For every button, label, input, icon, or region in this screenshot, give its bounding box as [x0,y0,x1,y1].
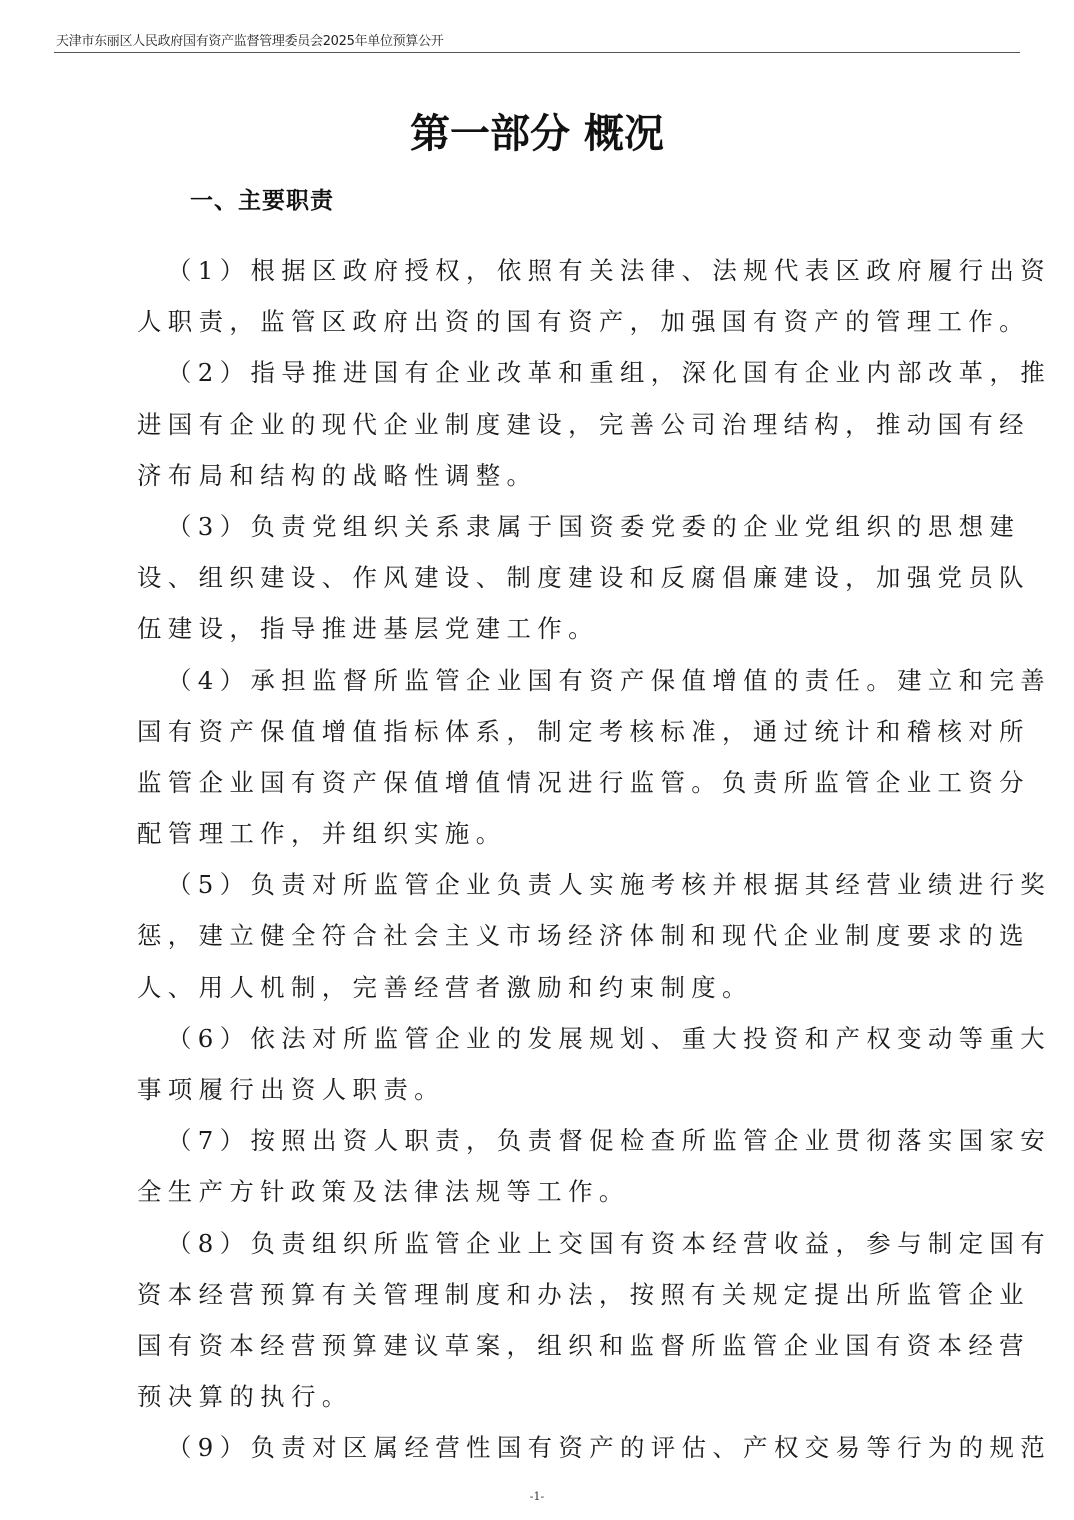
paragraph-line: （5）负责对所监管企业负责人实施考核并根据其经营业绩进行奖 [137,859,942,910]
section-heading: 一、主要职责 [190,182,334,215]
paragraph-line: （6）依法对所监管企业的发展规划、重大投资和产权变动等重大 [137,1013,942,1064]
paragraph-2: （2）指导推进国有企业改革和重组，深化国有企业内部改革，推 进国有企业的现代企业… [137,347,942,501]
paragraph-7: （7）按照出资人职责，负责督促检查所监管企业贯彻落实国家安 全生产方针政策及法律… [137,1115,942,1217]
paragraph-1: （1）根据区政府授权，依照有关法律、法规代表区政府履行出资 人职责，监管区政府出… [137,245,942,347]
paragraph-line: 配管理工作，并组织实施。 [137,808,942,859]
paragraph-line: （1）根据区政府授权，依照有关法律、法规代表区政府履行出资 [137,245,942,296]
paragraph-line: 监管企业国有资产保值增值情况进行监管。负责所监管企业工资分 [137,757,942,808]
paragraph-line: （9）负责对区属经营性国有资产的评估、产权交易等行为的规范 [137,1422,942,1473]
running-header-title: 天津市东丽区人民政府国有资产监督管理委员会2025年单位预算公开 [56,30,444,49]
paragraph-9: （9）负责对区属经营性国有资产的评估、产权交易等行为的规范 [137,1422,942,1473]
paragraph-6: （6）依法对所监管企业的发展规划、重大投资和产权变动等重大 事项履行出资人职责。 [137,1013,942,1115]
paragraph-line: （4）承担监督所监管企业国有资产保值增值的责任。建立和完善 [137,655,942,706]
paragraph-line: 全生产方针政策及法律法规等工作。 [137,1166,942,1217]
paragraph-line: 惩，建立健全符合社会主义市场经济体制和现代企业制度要求的选 [137,910,942,961]
paragraph-line: （8）负责组织所监管企业上交国有资本经营收益，参与制定国有 [137,1218,942,1269]
paragraph-line: 预决算的执行。 [137,1371,942,1422]
paragraph-line: 伍建设，指导推进基层党建工作。 [137,603,942,654]
paragraph-4: （4）承担监督所监管企业国有资产保值增值的责任。建立和完善 国有资产保值增值指标… [137,655,942,860]
running-header: 天津市东丽区人民政府国有资产监督管理委员会2025年单位预算公开 [54,22,1020,53]
paragraph-line: （3）负责党组织关系隶属于国资委党委的企业党组织的思想建 [137,501,942,552]
paragraph-line: 济布局和结构的战略性调整。 [137,450,942,501]
document-title: 第一部分 概况 [0,102,1074,159]
paragraph-5: （5）负责对所监管企业负责人实施考核并根据其经营业绩进行奖 惩，建立健全符合社会… [137,859,942,1013]
paragraph-line: 人职责，监管区政府出资的国有资产，加强国有资产的管理工作。 [137,296,942,347]
paragraph-line: 国有资产保值增值指标体系，制定考核标准，通过统计和稽核对所 [137,706,942,757]
paragraph-line: 国有资本经营预算建议草案，组织和监督所监管企业国有资本经营 [137,1320,942,1371]
paragraph-8: （8）负责组织所监管企业上交国有资本经营收益，参与制定国有 资本经营预算有关管理… [137,1218,942,1423]
paragraph-line: 进国有企业的现代企业制度建设，完善公司治理结构，推动国有经 [137,399,942,450]
paragraph-line: （7）按照出资人职责，负责督促检查所监管企业贯彻落实国家安 [137,1115,942,1166]
paragraph-line: 人、用人机制，完善经营者激励和约束制度。 [137,962,942,1013]
paragraph-line: 事项履行出资人职责。 [137,1064,942,1115]
paragraph-line: 资本经营预算有关管理制度和办法，按照有关规定提出所监管企业 [137,1269,942,1320]
paragraph-line: 设、组织建设、作风建设、制度建设和反腐倡廉建设，加强党员队 [137,552,942,603]
body-text: （1）根据区政府授权，依照有关法律、法规代表区政府履行出资 人职责，监管区政府出… [137,245,942,1474]
page-number: -1- [0,1490,1074,1503]
paragraph-line: （2）指导推进国有企业改革和重组，深化国有企业内部改革，推 [137,347,942,398]
paragraph-3: （3）负责党组织关系隶属于国资委党委的企业党组织的思想建 设、组织建设、作风建设… [137,501,942,655]
